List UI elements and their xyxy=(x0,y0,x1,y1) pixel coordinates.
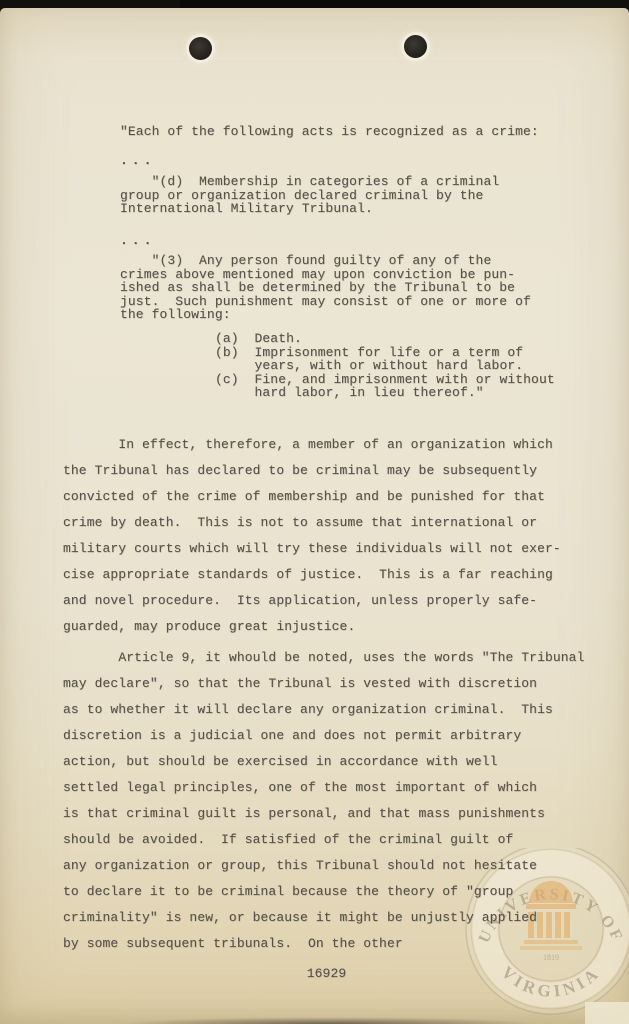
scanned-document: UNIVERSITY OF VIRGINIA 1819 "Each xyxy=(0,0,629,1024)
page-number: 16929 xyxy=(12,967,629,981)
punch-hole-right xyxy=(403,34,429,60)
body-paragraph-2: Article 9, it whould be noted, uses the … xyxy=(63,645,603,957)
paper-corner-patch xyxy=(585,1002,629,1024)
punishment-list: (a) Death. (b) Imprisonment for life or … xyxy=(215,332,555,400)
bottom-edge-shadow xyxy=(120,1017,540,1024)
ellipsis-separator-2: ... xyxy=(120,234,155,247)
document-page: UNIVERSITY OF VIRGINIA 1819 "Each xyxy=(0,8,629,1024)
body-paragraph-1: In effect, therefore, a member of an org… xyxy=(63,432,593,640)
quote-intro-line: "Each of the following acts is recognize… xyxy=(120,125,539,139)
ellipsis-separator: ... xyxy=(120,154,155,167)
charter-clause-d: "(d) Membership in categories of a crimi… xyxy=(120,175,499,216)
punch-hole-left xyxy=(189,37,212,60)
charter-clause-3: "(3) Any person found guilty of any of t… xyxy=(120,254,531,322)
